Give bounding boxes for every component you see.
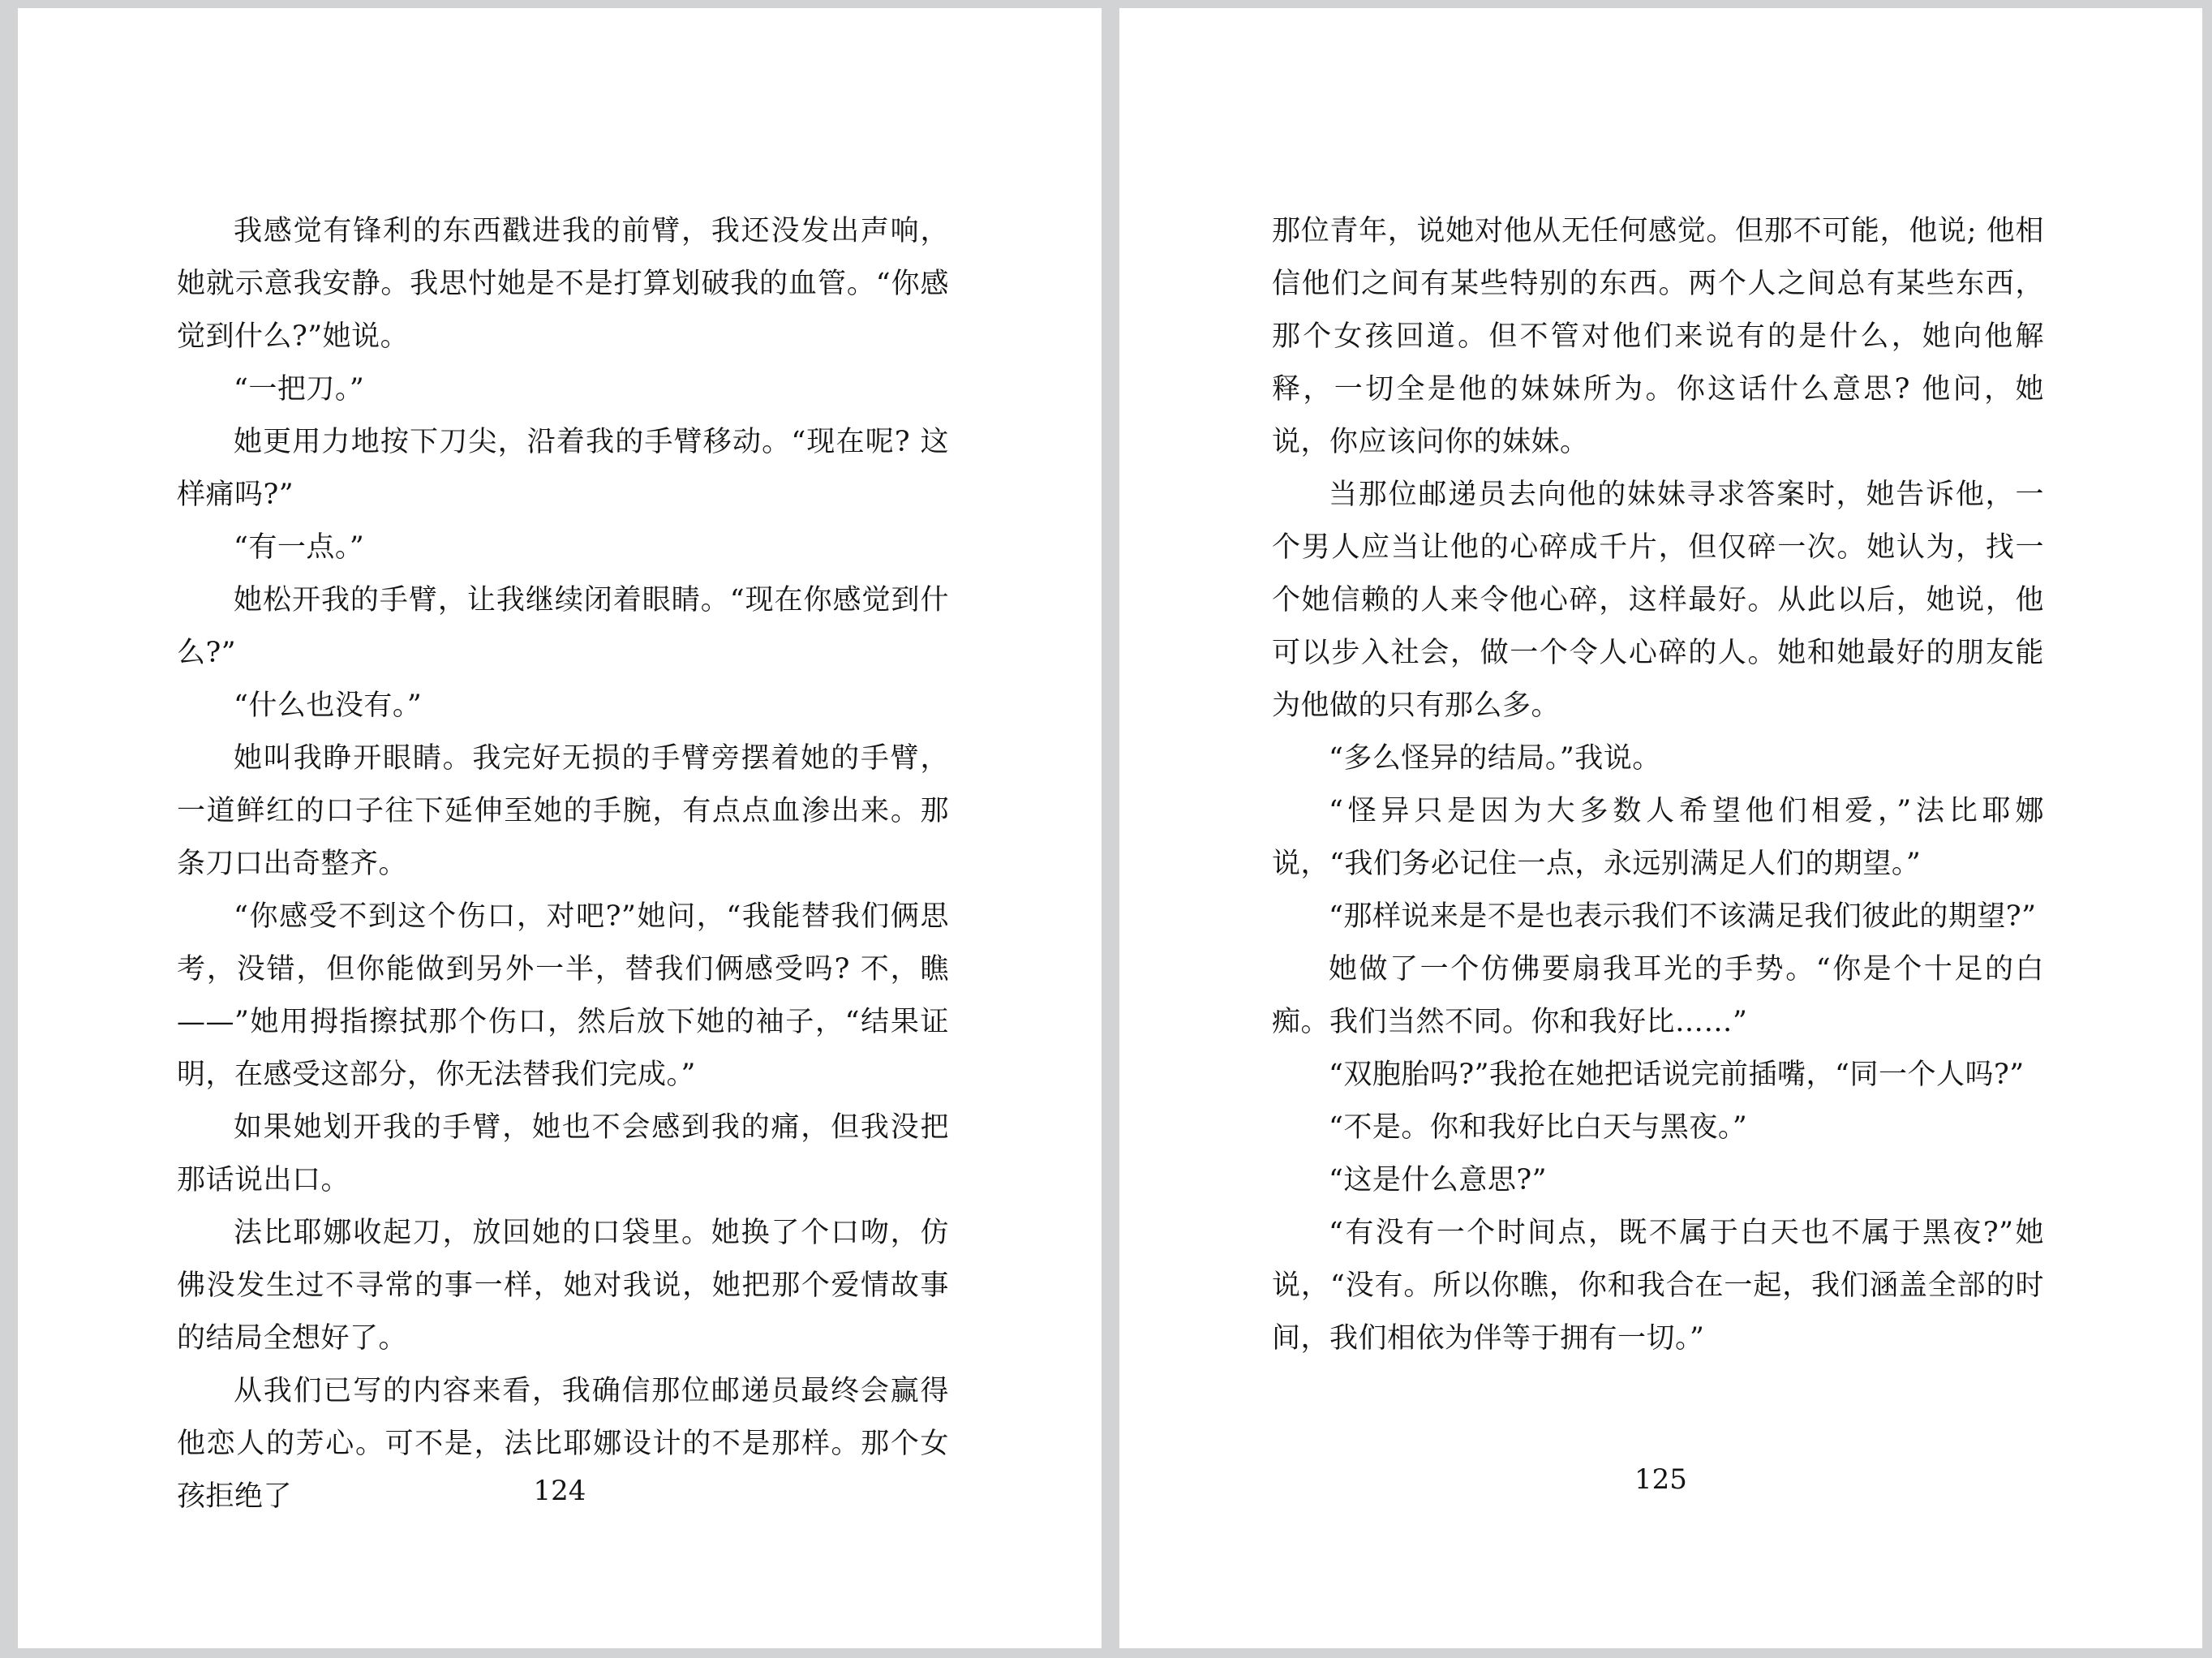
paragraph: 她更用力地按下刀尖，沿着我的手臂移动。“现在呢? 这样痛吗?”	[177, 416, 949, 522]
right-page-text: 那位青年，说她对他从无任何感觉。但那不可能，他说; 他相信他们之间有某些特别的东…	[1272, 205, 2044, 1365]
paragraph: “有没有一个时间点，既不属于白天也不属于黑夜?”她说，“没有。所以你瞧，你和我合…	[1272, 1207, 2044, 1365]
left-page-text: 我感觉有锋利的东西戳进我的前臂，我还没发出声响，她就示意我安静。我思忖她是不是打…	[177, 205, 949, 1523]
reader-background: { "reader": { "background_color": "#d2d3…	[0, 0, 2212, 1658]
paragraph: 她叫我睁开眼睛。我完好无损的手臂旁摆着她的手臂，一道鲜红的口子往下延伸至她的手腕…	[177, 732, 949, 891]
paragraph: “什么也没有。”	[177, 680, 949, 732]
paragraph: “一把刀。”	[177, 363, 949, 416]
paragraph: 如果她划开我的手臂，她也不会感到我的痛，但我没把那话说出口。	[177, 1102, 949, 1207]
left-page: 我感觉有锋利的东西戳进我的前臂，我还没发出声响，她就示意我安静。我思忖她是不是打…	[18, 8, 1102, 1648]
paragraph: “不是。你和我好比白天与黑夜。”	[1272, 1102, 2044, 1154]
paragraph: 当那位邮递员去向他的妹妹寻求答案时，她告诉他，一个男人应当让他的心碎成千片，但仅…	[1272, 469, 2044, 732]
paragraph: “这是什么意思?”	[1272, 1154, 2044, 1207]
paragraph: 她做了一个仿佛要扇我耳光的手势。“你是个十足的白痴。我们当然不同。你和我好比………	[1272, 943, 2044, 1049]
paragraph: 法比耶娜收起刀，放回她的口袋里。她换了个口吻，仿佛没发生过不寻常的事一样，她对我…	[177, 1207, 949, 1365]
right-page-number: 125	[1119, 1463, 2202, 1496]
paragraph: 我感觉有锋利的东西戳进我的前臂，我还没发出声响，她就示意我安静。我思忖她是不是打…	[177, 205, 949, 363]
paragraph: 那位青年，说她对他从无任何感觉。但那不可能，他说; 他相信他们之间有某些特别的东…	[1272, 205, 2044, 469]
left-page-number: 124	[18, 1475, 1102, 1507]
paragraph: “那样说来是不是也表示我们不该满足我们彼此的期望?”	[1272, 891, 2044, 943]
paragraph: “有一点。”	[177, 522, 949, 574]
paragraph: “双胞胎吗?”我抢在她把话说完前插嘴，“同一个人吗?”	[1272, 1049, 2044, 1102]
paragraph: “你感受不到这个伤口，对吧?”她问，“我能替我们俩思考，没错，但你能做到另外一半…	[177, 891, 949, 1102]
right-page: 那位青年，说她对他从无任何感觉。但那不可能，他说; 他相信他们之间有某些特别的东…	[1119, 8, 2202, 1648]
paragraph: “怪异只是因为大多数人希望他们相爱，”法比耶娜说，“我们务必记住一点，永远别满足…	[1272, 785, 2044, 891]
paragraph: 她松开我的手臂，让我继续闭着眼睛。“现在你感觉到什么?”	[177, 574, 949, 680]
paragraph: “多么怪异的结局。”我说。	[1272, 732, 2044, 785]
